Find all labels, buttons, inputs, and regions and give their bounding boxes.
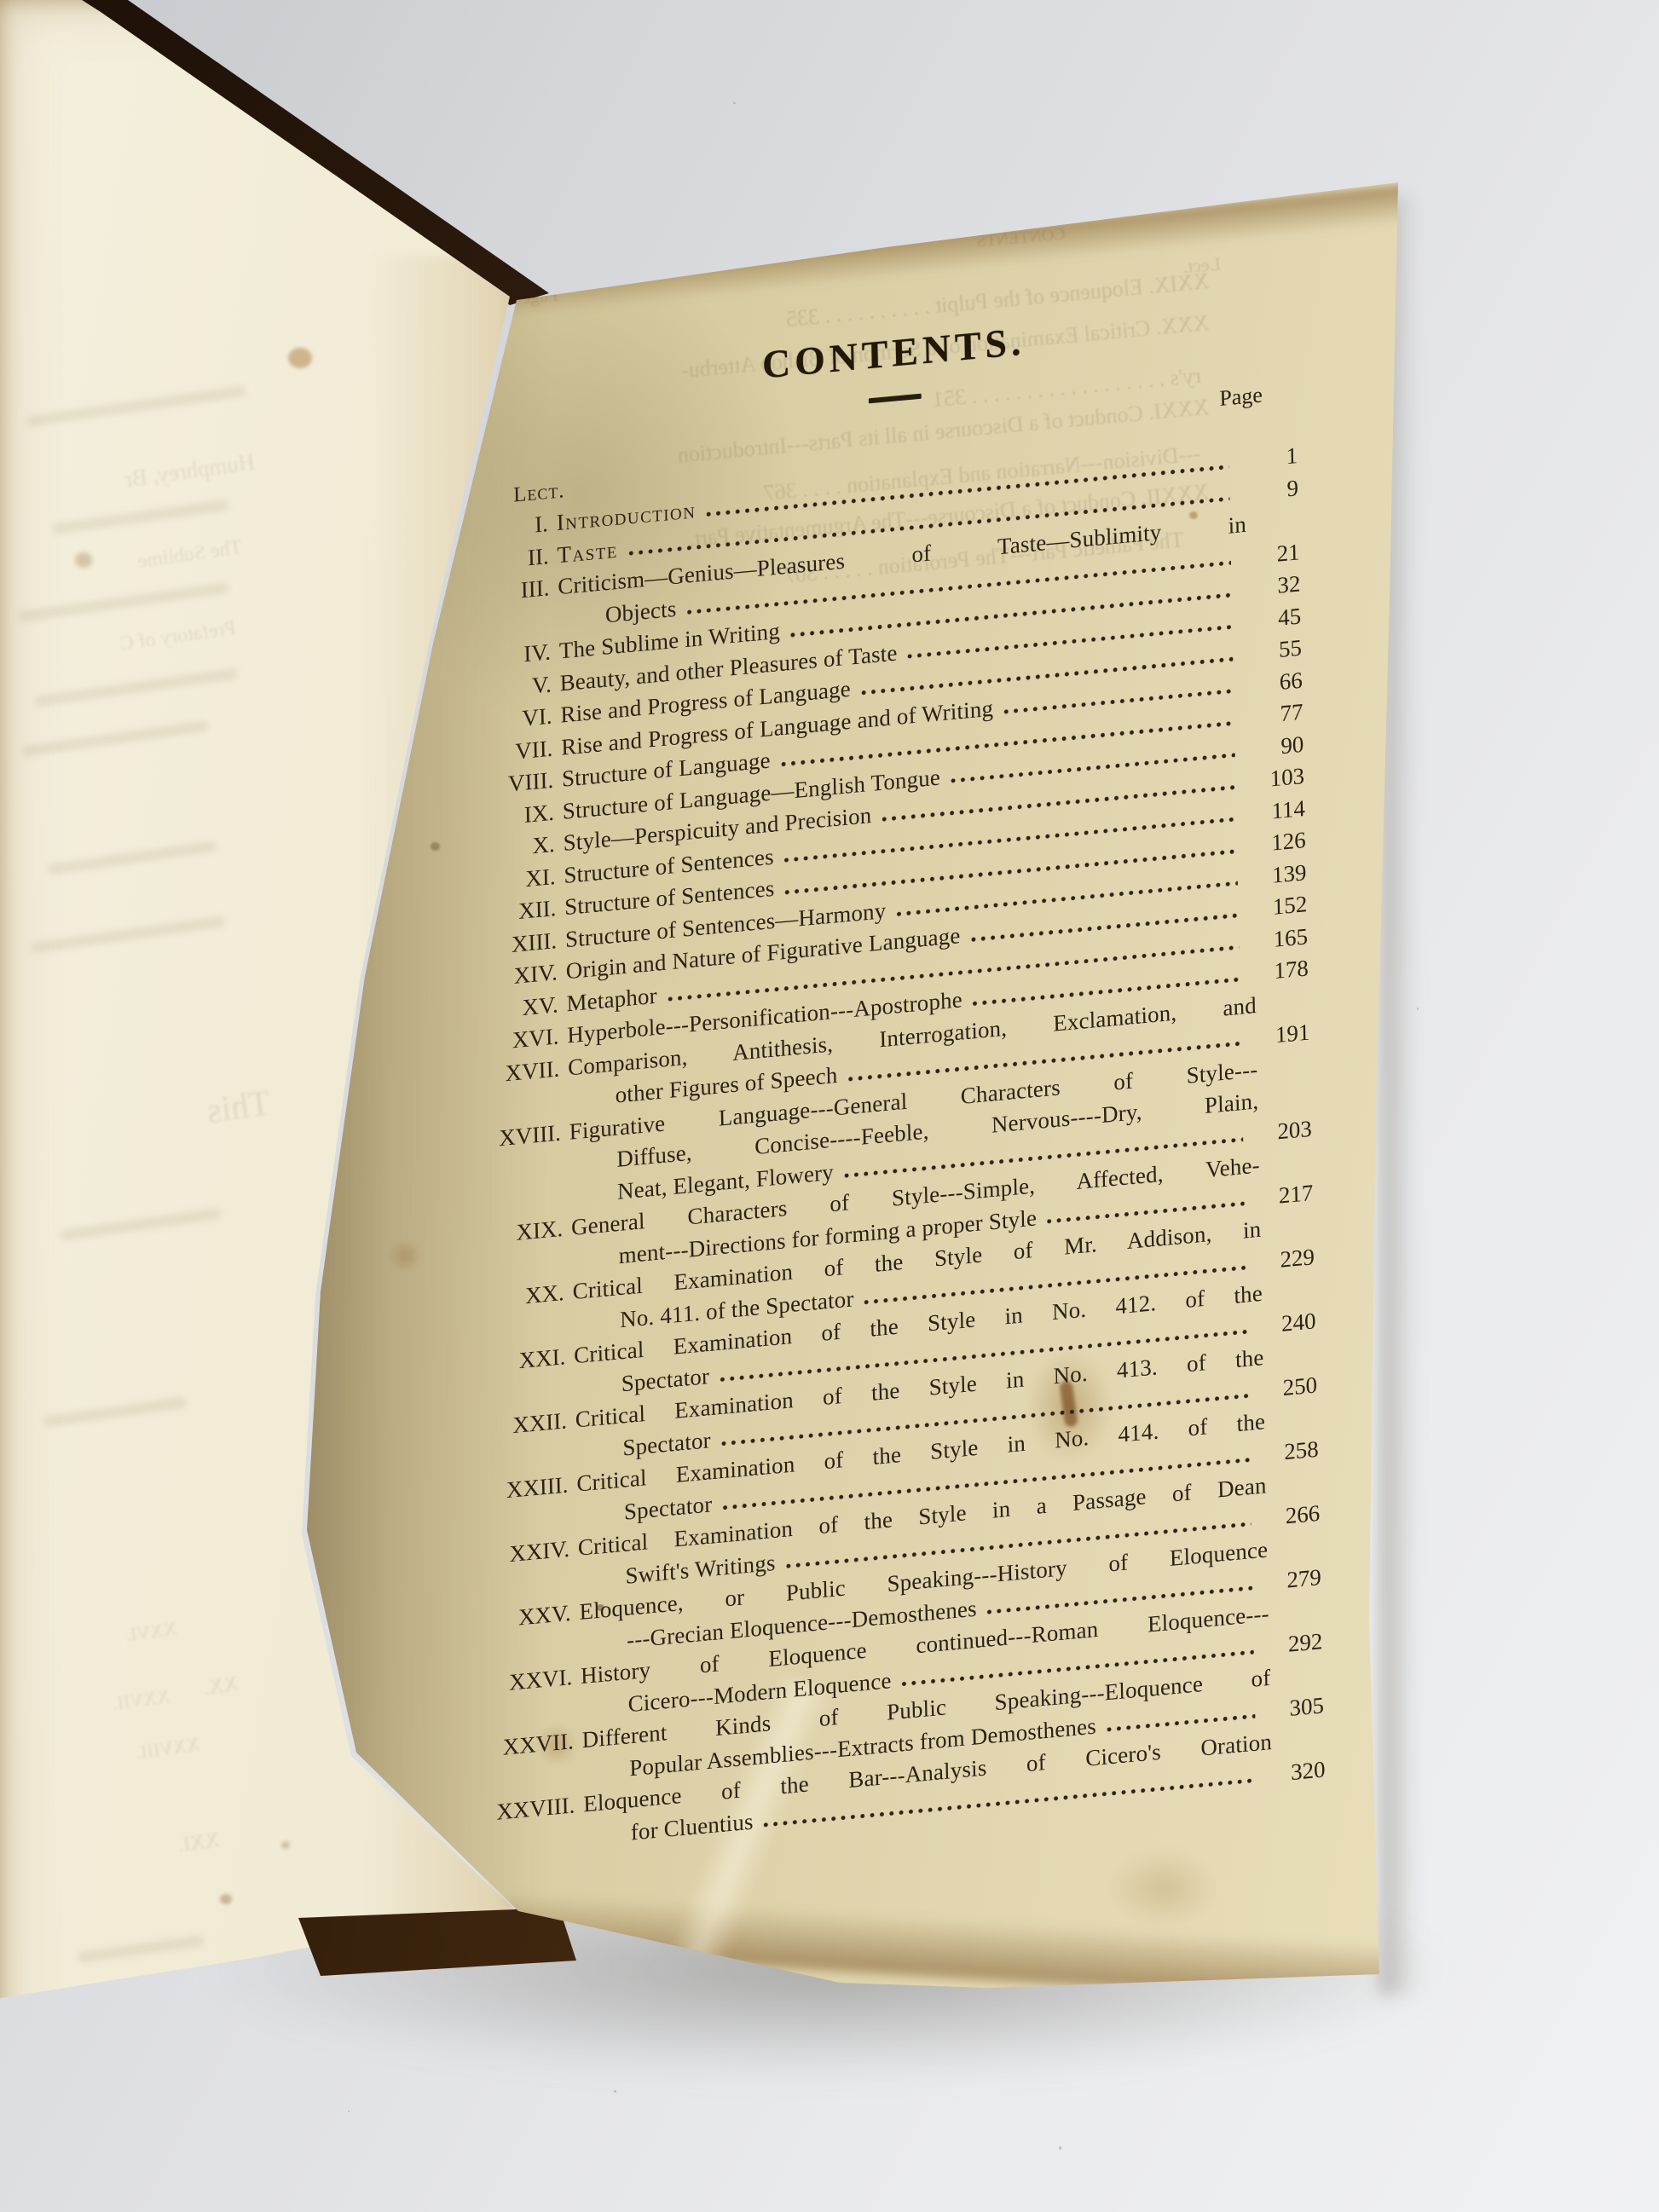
page-title: CONTENTS. bbox=[596, 303, 1191, 403]
continuation-indent bbox=[574, 1327, 621, 1331]
entry-number bbox=[523, 1844, 585, 1850]
entry-number: XXVI. bbox=[519, 1660, 581, 1698]
toc-entries: I.Introduction1II.Taste9III.Criticism—Ge… bbox=[495, 440, 1326, 1858]
entry-number: XXVII. bbox=[521, 1724, 582, 1762]
bleed-through-fragment: The Sublime bbox=[46, 536, 244, 586]
bleed-through-fragment: Humphrey, Br bbox=[25, 448, 257, 506]
entry-number bbox=[514, 1395, 575, 1401]
entry-number: III. bbox=[496, 571, 558, 609]
bleed-through-bar bbox=[21, 720, 209, 757]
dust-speck bbox=[1417, 1008, 1419, 1010]
entry-number bbox=[519, 1652, 581, 1658]
entry-number: XX. bbox=[512, 1276, 573, 1314]
bleed-through-bar bbox=[51, 499, 230, 534]
foxing-spot bbox=[281, 1841, 290, 1849]
contents-text-block: CONTENTS. Page Lect. I.Introduction1II.T… bbox=[490, 208, 1326, 1858]
entry-number bbox=[515, 1459, 576, 1465]
continuation-indent bbox=[584, 1839, 631, 1844]
entry-number bbox=[498, 627, 559, 632]
bleed-through-fragment: XXI. bbox=[142, 1829, 222, 1863]
dust-speck bbox=[348, 2111, 350, 2112]
dust-speck bbox=[733, 102, 736, 104]
bleed-through-bar bbox=[77, 1935, 205, 1964]
bleed-through-bar bbox=[34, 667, 238, 707]
ink-speck bbox=[431, 842, 440, 851]
entry-number: XXVIII. bbox=[522, 1788, 583, 1826]
entry-number: XXIII. bbox=[515, 1469, 576, 1506]
continuation-indent bbox=[576, 1455, 623, 1459]
continuation-indent bbox=[581, 1648, 627, 1652]
bleed-through-fragment: XX. bbox=[170, 1673, 240, 1706]
bleed-through-bar bbox=[43, 1396, 188, 1428]
entry-number bbox=[509, 1171, 570, 1177]
dust-speck bbox=[1059, 2146, 1061, 2150]
entry-number: IV. bbox=[498, 635, 559, 673]
entry-number bbox=[520, 1716, 581, 1722]
entry-number: XXII. bbox=[514, 1404, 575, 1441]
bleed-through-bar bbox=[30, 915, 226, 954]
bleed-through-fragment: XXVIII. bbox=[89, 1733, 201, 1770]
title-rule bbox=[868, 394, 921, 404]
continuation-indent bbox=[583, 1776, 630, 1780]
entry-text: Taste bbox=[557, 534, 618, 571]
bleed-through-fragment: XXVII. bbox=[67, 1685, 171, 1721]
entry-number: XVIII. bbox=[508, 1116, 569, 1153]
bleed-through-fragment: XXVI. bbox=[83, 1617, 179, 1652]
entry-number: XIII. bbox=[504, 924, 565, 962]
bleed-through-bar bbox=[17, 582, 229, 623]
dust-speck bbox=[614, 2090, 616, 2093]
paper-stain bbox=[1108, 1850, 1219, 1926]
entry-number: XVI. bbox=[506, 1019, 567, 1057]
entry-number bbox=[512, 1331, 574, 1337]
foxing-spot bbox=[220, 1894, 232, 1904]
continuation-indent bbox=[579, 1583, 626, 1587]
entry-page: 320 bbox=[1261, 1753, 1325, 1791]
foxing-spot bbox=[388, 1240, 422, 1271]
entry-number bbox=[507, 1107, 569, 1113]
entry-number: X. bbox=[502, 828, 564, 865]
continuation-indent bbox=[575, 1391, 621, 1395]
bleed-through-fragment: Prefatory of C bbox=[14, 617, 237, 671]
entry-number bbox=[510, 1203, 571, 1209]
continuation-indent bbox=[558, 622, 605, 627]
bleed-through-bar bbox=[26, 385, 246, 427]
continuation-indent bbox=[570, 1167, 617, 1171]
continuation-indent bbox=[577, 1519, 624, 1523]
entry-number: II. bbox=[495, 540, 557, 577]
continuation-indent bbox=[581, 1712, 628, 1716]
entry-number bbox=[517, 1523, 578, 1529]
entry-number: VII. bbox=[500, 731, 561, 769]
continuation-indent bbox=[572, 1263, 619, 1268]
entry-number: XXV. bbox=[517, 1597, 579, 1634]
entry-number: XVII. bbox=[506, 1052, 568, 1089]
entry-number bbox=[517, 1587, 579, 1593]
entry-number bbox=[511, 1268, 572, 1273]
book-photo: Humphrey, BrThe SublimePrefatory of CThi… bbox=[0, 0, 1659, 2212]
bleed-through-fragment: This bbox=[124, 1083, 273, 1143]
bleed-through-bar bbox=[47, 840, 217, 875]
bleed-through-bar bbox=[60, 1208, 222, 1241]
continuation-indent bbox=[569, 1103, 616, 1107]
entry-number: XXIV. bbox=[517, 1533, 578, 1570]
continuation-indent bbox=[570, 1198, 617, 1203]
foxing-spot bbox=[288, 348, 312, 368]
entry-number: XIX. bbox=[510, 1212, 571, 1250]
entry-number: XXI. bbox=[512, 1340, 574, 1377]
entry-number bbox=[522, 1780, 583, 1786]
